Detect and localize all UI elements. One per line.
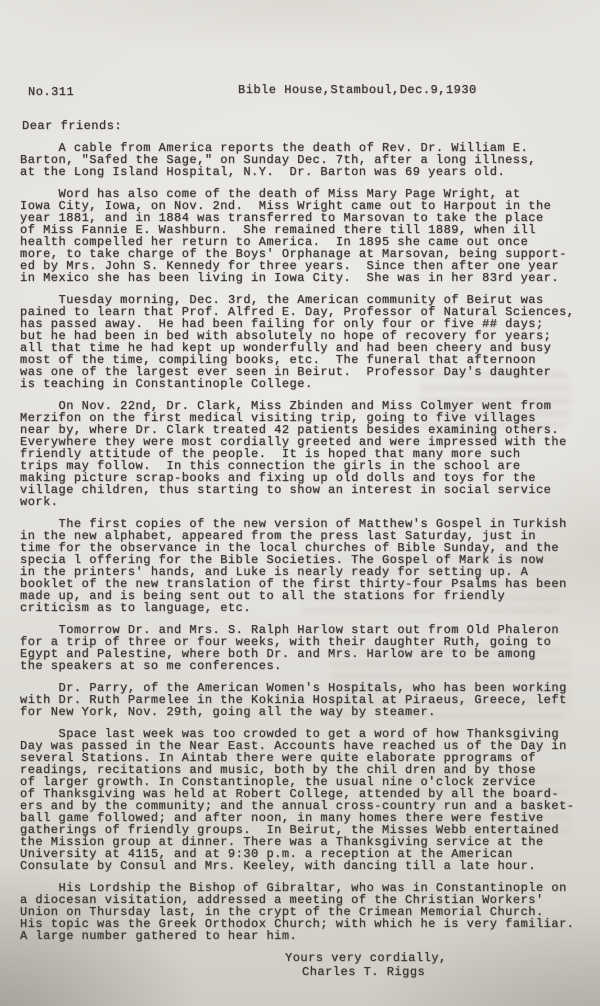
letter-paragraph: Dr. Parry, of the American Women's Hospi… [20,682,592,718]
letter-header: No.311 Bible House,Stamboul,Dec.9,1930 [20,84,592,96]
closing-phrase: Yours very cordially, [285,952,592,964]
letter-dateline: Bible House,Stamboul,Dec.9,1930 [238,84,477,96]
letter-paragraph: On Nov. 22nd, Dr. Clark, Miss Zbinden an… [20,400,592,508]
closing-block: Yours very cordially, Charles T. Riggs [20,952,592,978]
letter-paragraph: Space last week was too crowded to get a… [20,728,592,872]
salutation: Dear friends: [22,120,592,132]
letter-paragraph: His Lordship the Bishop of Gibraltar, wh… [20,882,592,942]
signature-name: Charles T. Riggs [302,966,592,978]
letter-content: No.311 Bible House,Stamboul,Dec.9,1930 D… [20,84,592,978]
letter-paragraph: A cable from America reports the death o… [20,142,592,178]
letter-paragraph: Word has also come of the death of Miss … [20,188,592,284]
letter-paragraph: Tomorrow Dr. and Mrs. S. Ralph Harlow st… [20,624,592,672]
letter-paragraph: The first copies of the new version of M… [20,518,592,614]
letter-paragraph: Tuesday morning, Dec. 3rd, the American … [20,294,592,390]
letter-number: No.311 [28,86,74,98]
